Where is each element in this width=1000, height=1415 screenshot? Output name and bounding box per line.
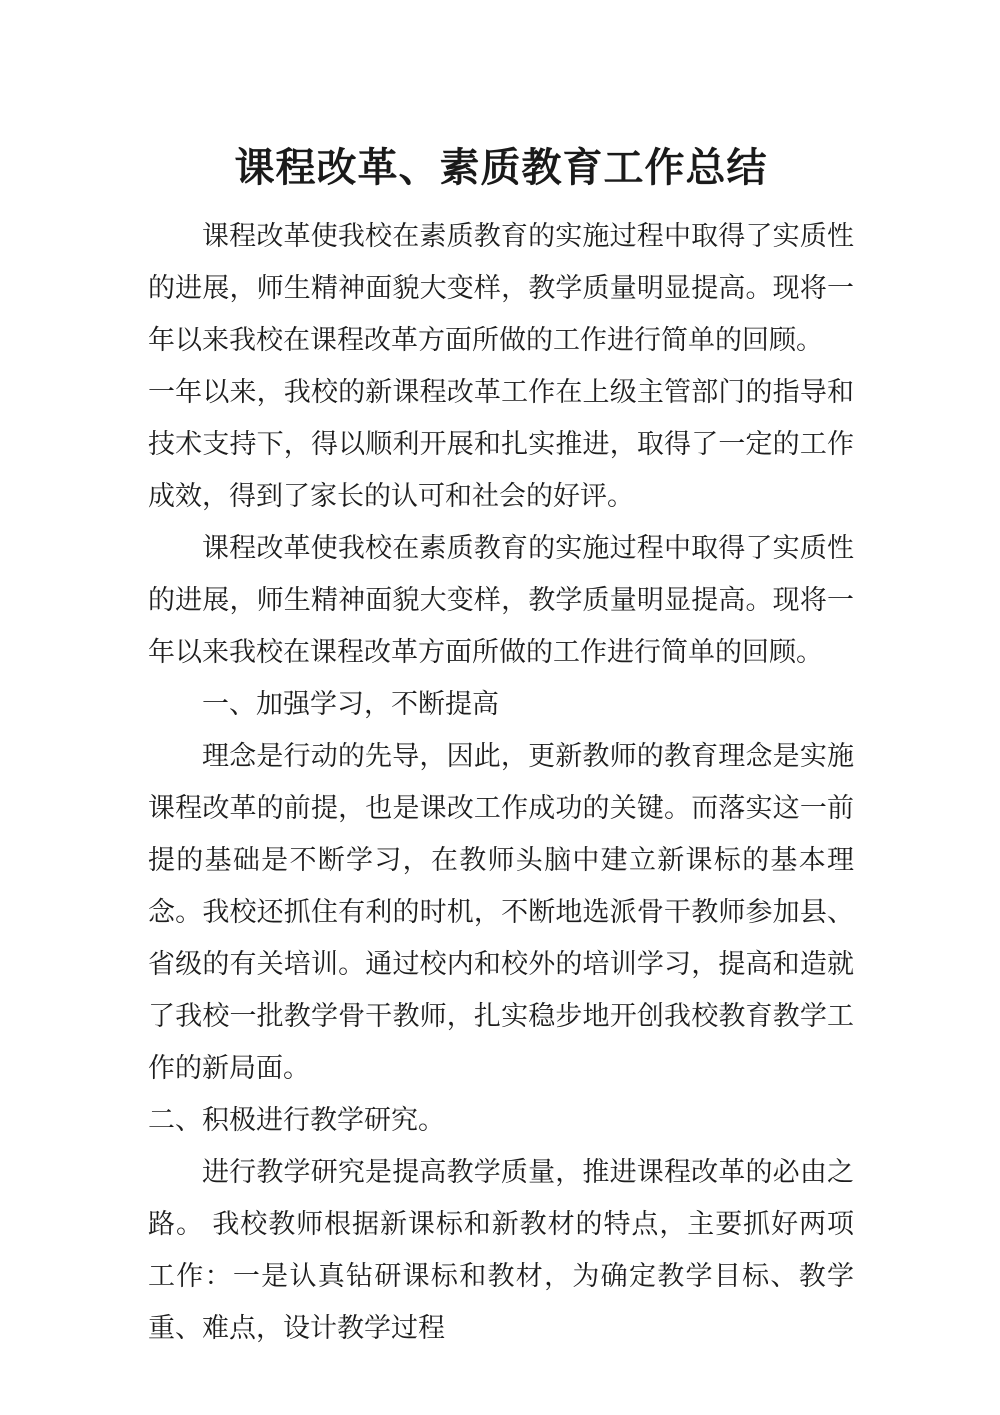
paragraph: 进行教学研究是提高教学质量，推进课程改革的必由之路。 我校教师根据新课标和新教材… (148, 1146, 854, 1354)
document-body: 课程改革使我校在素质教育的实施过程中取得了实质性的进展，师生精神面貌大变样，教学… (148, 210, 854, 1354)
document-page: 课程改革、素质教育工作总结 课程改革使我校在素质教育的实施过程中取得了实质性的进… (0, 0, 1000, 1415)
paragraph: 一年以来，我校的新课程改革工作在上级主管部门的指导和技术支持下，得以顺利开展和扎… (148, 366, 854, 522)
paragraph: 理念是行动的先导，因此，更新教师的教育理念是实施课程改革的前提，也是课改工作成功… (148, 730, 854, 1094)
paragraph: 课程改革使我校在素质教育的实施过程中取得了实质性的进展，师生精神面貌大变样，教学… (148, 210, 854, 366)
paragraph: 课程改革使我校在素质教育的实施过程中取得了实质性的进展，师生精神面貌大变样，教学… (148, 522, 854, 678)
paragraph: 二、积极进行教学研究。 (148, 1094, 854, 1146)
paragraph: 一、加强学习，不断提高 (148, 678, 854, 730)
document-title: 课程改革、素质教育工作总结 (148, 140, 854, 196)
